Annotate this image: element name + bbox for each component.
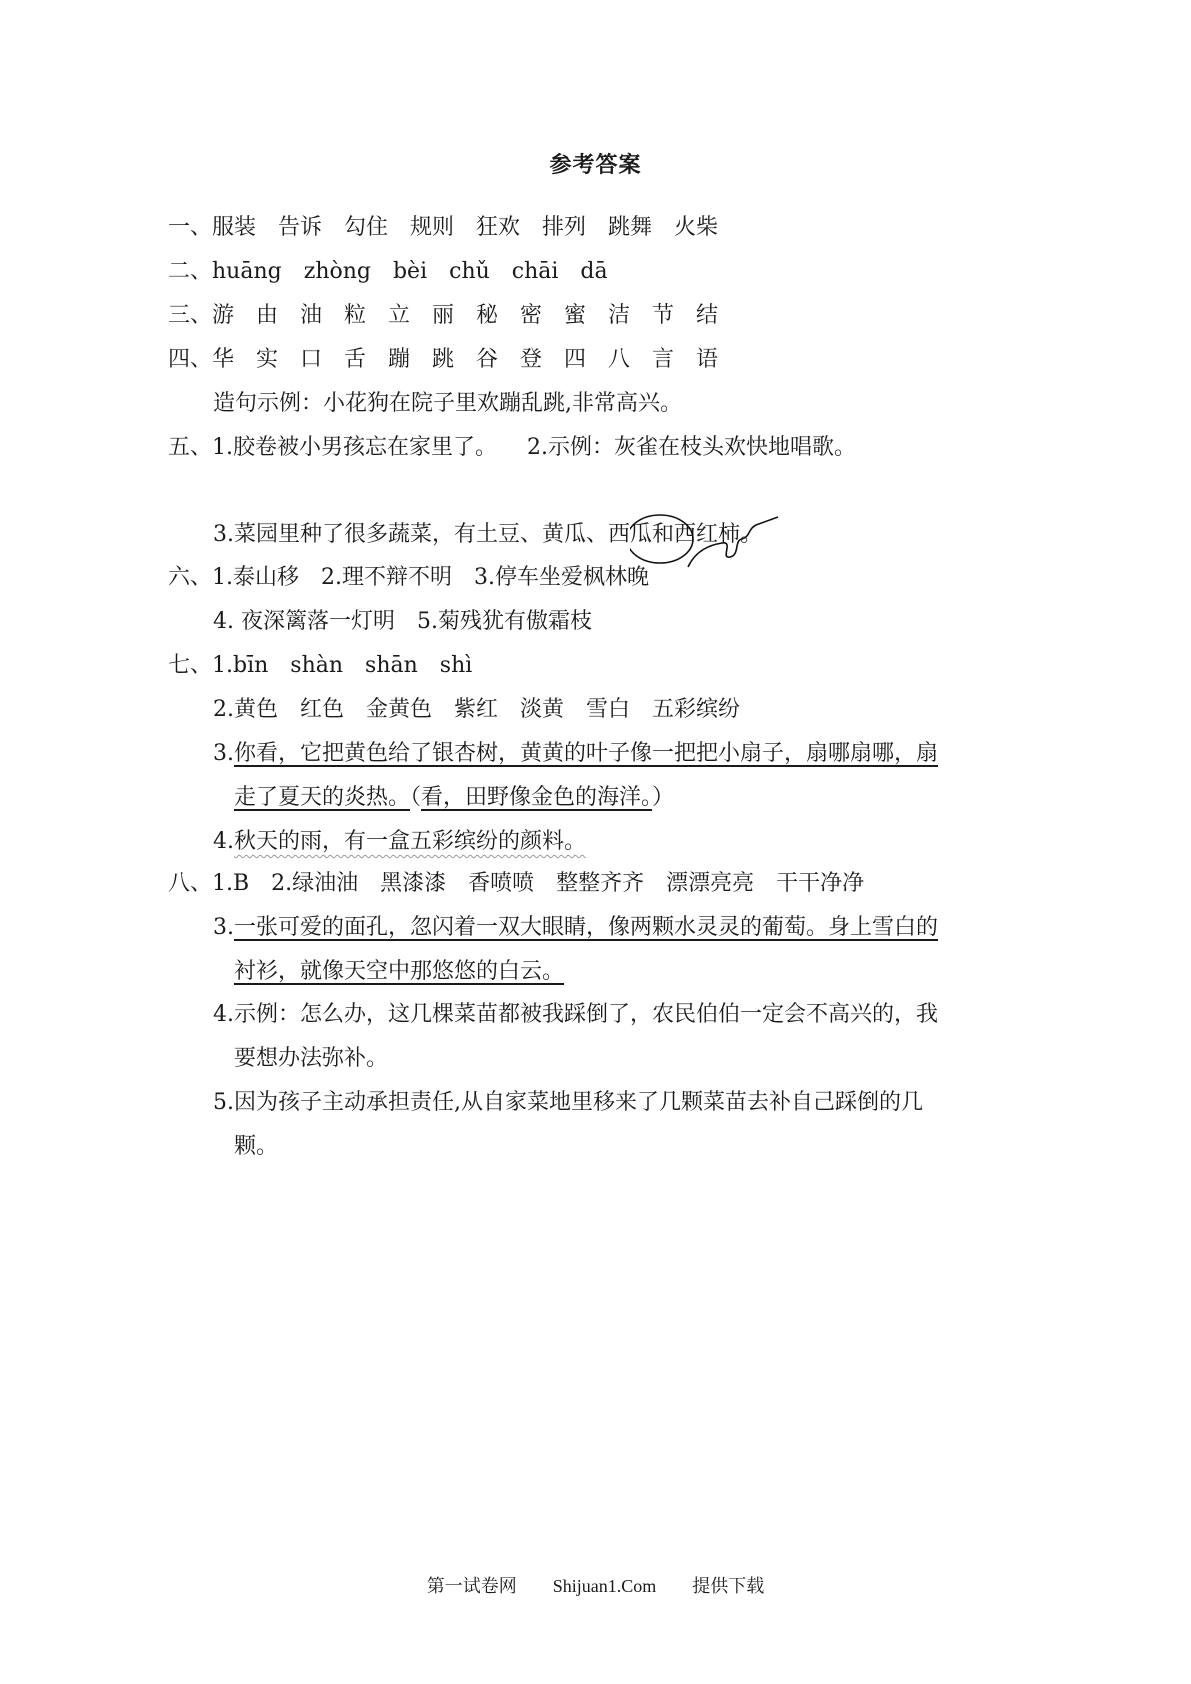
underlined-answer: 你看，它把黄色给了银杏树，黄黄的叶子像一把把小扇子，扇哪扇哪，扇 [234,741,938,766]
section-label: 五、 [168,435,212,460]
section-6-line-2: 4. 夜深篱落一灯明 5.菊残犹有傲霜枝 [213,607,592,637]
item-2: 2.示例：灰雀在枝头欢快地唱歌。 [527,435,856,460]
item-3-continued: 衬衫，就像天空中那悠悠的白云。 [234,957,564,987]
section-text: 服装 告诉 勾住 规则 狂欢 排列 跳舞 火柴 [212,215,718,240]
item-3: 3.菜园里种了很多蔬菜，有土豆、黄瓜、西瓜和西红柿。 [213,520,762,550]
footer-site-url: Shijuan1.Com [553,1576,657,1596]
item-3-continued: 走了夏天的炎热。（看，田野像金色的海洋。） [234,783,674,813]
item-1: 1.bīn shàn shān shì [212,653,472,678]
answer-section-7: 七、1.bīn shàn shān shì [168,651,472,681]
section-text: 游 由 油 粒 立 丽 秘 密 蜜 洁 节 结 [212,303,718,328]
section-label: 四、 [168,347,212,372]
item-3: 3.一张可爱的面孔，忽闪着一双大眼睛，像两颗水灵灵的葡萄。身上雪白的 [213,913,938,943]
circled-text: 、西瓜 [586,522,652,547]
section-text: huāng zhòng bèi chǔ chāi dā [212,259,608,284]
item-4-continued: 要想办法弥补。 [234,1044,388,1074]
item-5-continued: 颗。 [234,1132,278,1162]
page-footer: 第一试卷网Shijuan1.Com提供下载 [0,1572,1191,1598]
answer-section-2: 二、huāng zhòng bèi chǔ chāi dā [168,257,608,287]
section-label: 三、 [168,303,212,328]
item-2: 2.黄色 红色 金黄色 紫红 淡黄 雪白 五彩缤纷 [213,695,740,725]
answer-section-4: 四、华 实 口 舌 蹦 跳 谷 登 四 八 言 语 [168,345,718,375]
item-3: 3.你看，它把黄色给了银杏树，黄黄的叶子像一把把小扇子，扇哪扇哪，扇 [213,739,938,769]
section-label: 二、 [168,259,212,284]
answer-section-3: 三、游 由 油 粒 立 丽 秘 密 蜜 洁 节 结 [168,301,718,331]
item-4: 4.秋天的雨，有一盒五彩缤纷的颜料。 [213,827,586,857]
section-label: 七、 [168,653,212,678]
example-sentence: 造句示例：小花狗在院子里欢蹦乱跳,非常高兴。 [213,389,682,419]
footer-download-text: 提供下载 [692,1576,764,1596]
section-label: 一、 [168,215,212,240]
item-1-2: 1.B 2.绿油油 黑漆漆 香喷喷 整整齐齐 漂漂亮亮 干干净净 [212,871,864,896]
answer-section-5: 五、1.胶卷被小男孩忘在家里了。2.示例：灰雀在枝头欢快地唱歌。 [168,433,856,463]
item-1: 1.胶卷被小男孩忘在家里了。 [212,435,497,460]
section-text: 华 实 口 舌 蹦 跳 谷 登 四 八 言 语 [212,347,718,372]
page-title: 参考答案 [0,148,1191,179]
section-text: 1.泰山移 2.理不辩不明 3.停车坐爱枫林晚 [212,565,649,590]
answer-section-6: 六、1.泰山移 2.理不辩不明 3.停车坐爱枫林晚 [168,563,649,593]
underlined-answer: 一张可爱的面孔，忽闪着一双大眼睛，像两颗水灵灵的葡萄。身上雪白的 [234,915,938,940]
item-5: 5.因为孩子主动承担责任,从自家菜地里移来了几颗菜苗去补自己踩倒的几 [213,1088,923,1118]
answer-section-1: 一、服装 告诉 勾住 规则 狂欢 排列 跳舞 火柴 [168,213,718,243]
footer-site-name: 第一试卷网 [427,1576,517,1596]
item-4: 4.示例：怎么办，这几棵菜苗都被我踩倒了，农民伯伯一定会不高兴的，我 [213,1000,938,1030]
section-label: 六、 [168,565,212,590]
section-label: 八、 [168,871,212,896]
answer-section-8: 八、1.B 2.绿油油 黑漆漆 香喷喷 整整齐齐 漂漂亮亮 干干净净 [168,869,864,899]
